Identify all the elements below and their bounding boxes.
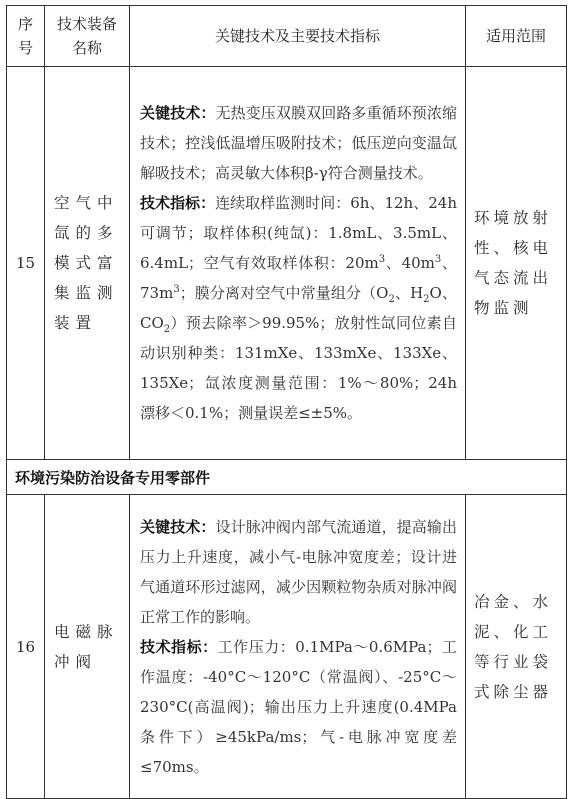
indicator-label: 技术指标： (140, 638, 218, 656)
table-header-row: 序号 技术装备名称 关键技术及主要技术指标 适用范围 (7, 6, 567, 67)
indicator-label: 技术指标： (140, 194, 215, 212)
indicator-paragraph: 技术指标：连续取样监测时间：6h、12h、24h 可调节；取样体积(纯氙)：1.… (140, 188, 457, 428)
key-tech-paragraph: 关键技术：无热变压双膜双回路多重循环预浓缩技术；控浅低温增压吸附技术；低压逆向变… (140, 98, 457, 188)
header-scope: 适用范围 (466, 6, 567, 67)
section-row: 环境污染防治设备专用零部件 (7, 460, 567, 495)
application-scope: 环境放射性、核电气态流出物监测 (466, 67, 567, 460)
equipment-table: 序号 技术装备名称 关键技术及主要技术指标 适用范围 15 空气中氙的多模式富集… (6, 5, 567, 778)
section-title: 环境污染防治设备专用零部件 (7, 460, 567, 495)
application-scope: 冶金、水泥、化工等行业袋式除尘器 (466, 495, 567, 779)
row-index: 15 (7, 67, 45, 460)
indicator-paragraph: 技术指标：工作压力：0.1MPa～0.6MPa；工作温度：-40°C～120°C… (140, 632, 457, 779)
indicator-text: 工作压力：0.1MPa～0.6MPa；工作温度：-40°C～120°C（常温阀）… (140, 638, 457, 776)
row-index: 16 (7, 495, 45, 779)
table-row: 16 电磁脉冲阀 关键技术：设计脉冲阀内部气流通道，提高输出压力上升速度，减小气… (7, 495, 567, 779)
key-tech-label: 关键技术： (140, 518, 216, 536)
key-tech-label: 关键技术： (140, 104, 216, 122)
tech-details: 关键技术：无热变压双膜双回路多重循环预浓缩技术；控浅低温增压吸附技术；低压逆向变… (130, 67, 466, 460)
equipment-name: 空气中氙的多模式富集监测装置 (45, 67, 130, 460)
key-tech-paragraph: 关键技术：设计脉冲阀内部气流通道，提高输出压力上升速度，减小气-电脉冲宽度差；设… (140, 512, 457, 632)
equipment-name: 电磁脉冲阀 (45, 495, 130, 779)
header-name: 技术装备名称 (45, 6, 130, 67)
table-row: 15 空气中氙的多模式富集监测装置 关键技术：无热变压双膜双回路多重循环预浓缩技… (7, 67, 567, 460)
header-index: 序号 (7, 6, 45, 67)
header-tech: 关键技术及主要技术指标 (130, 6, 466, 67)
tech-details: 关键技术：设计脉冲阀内部气流通道，提高输出压力上升速度，减小气-电脉冲宽度差；设… (130, 495, 466, 779)
